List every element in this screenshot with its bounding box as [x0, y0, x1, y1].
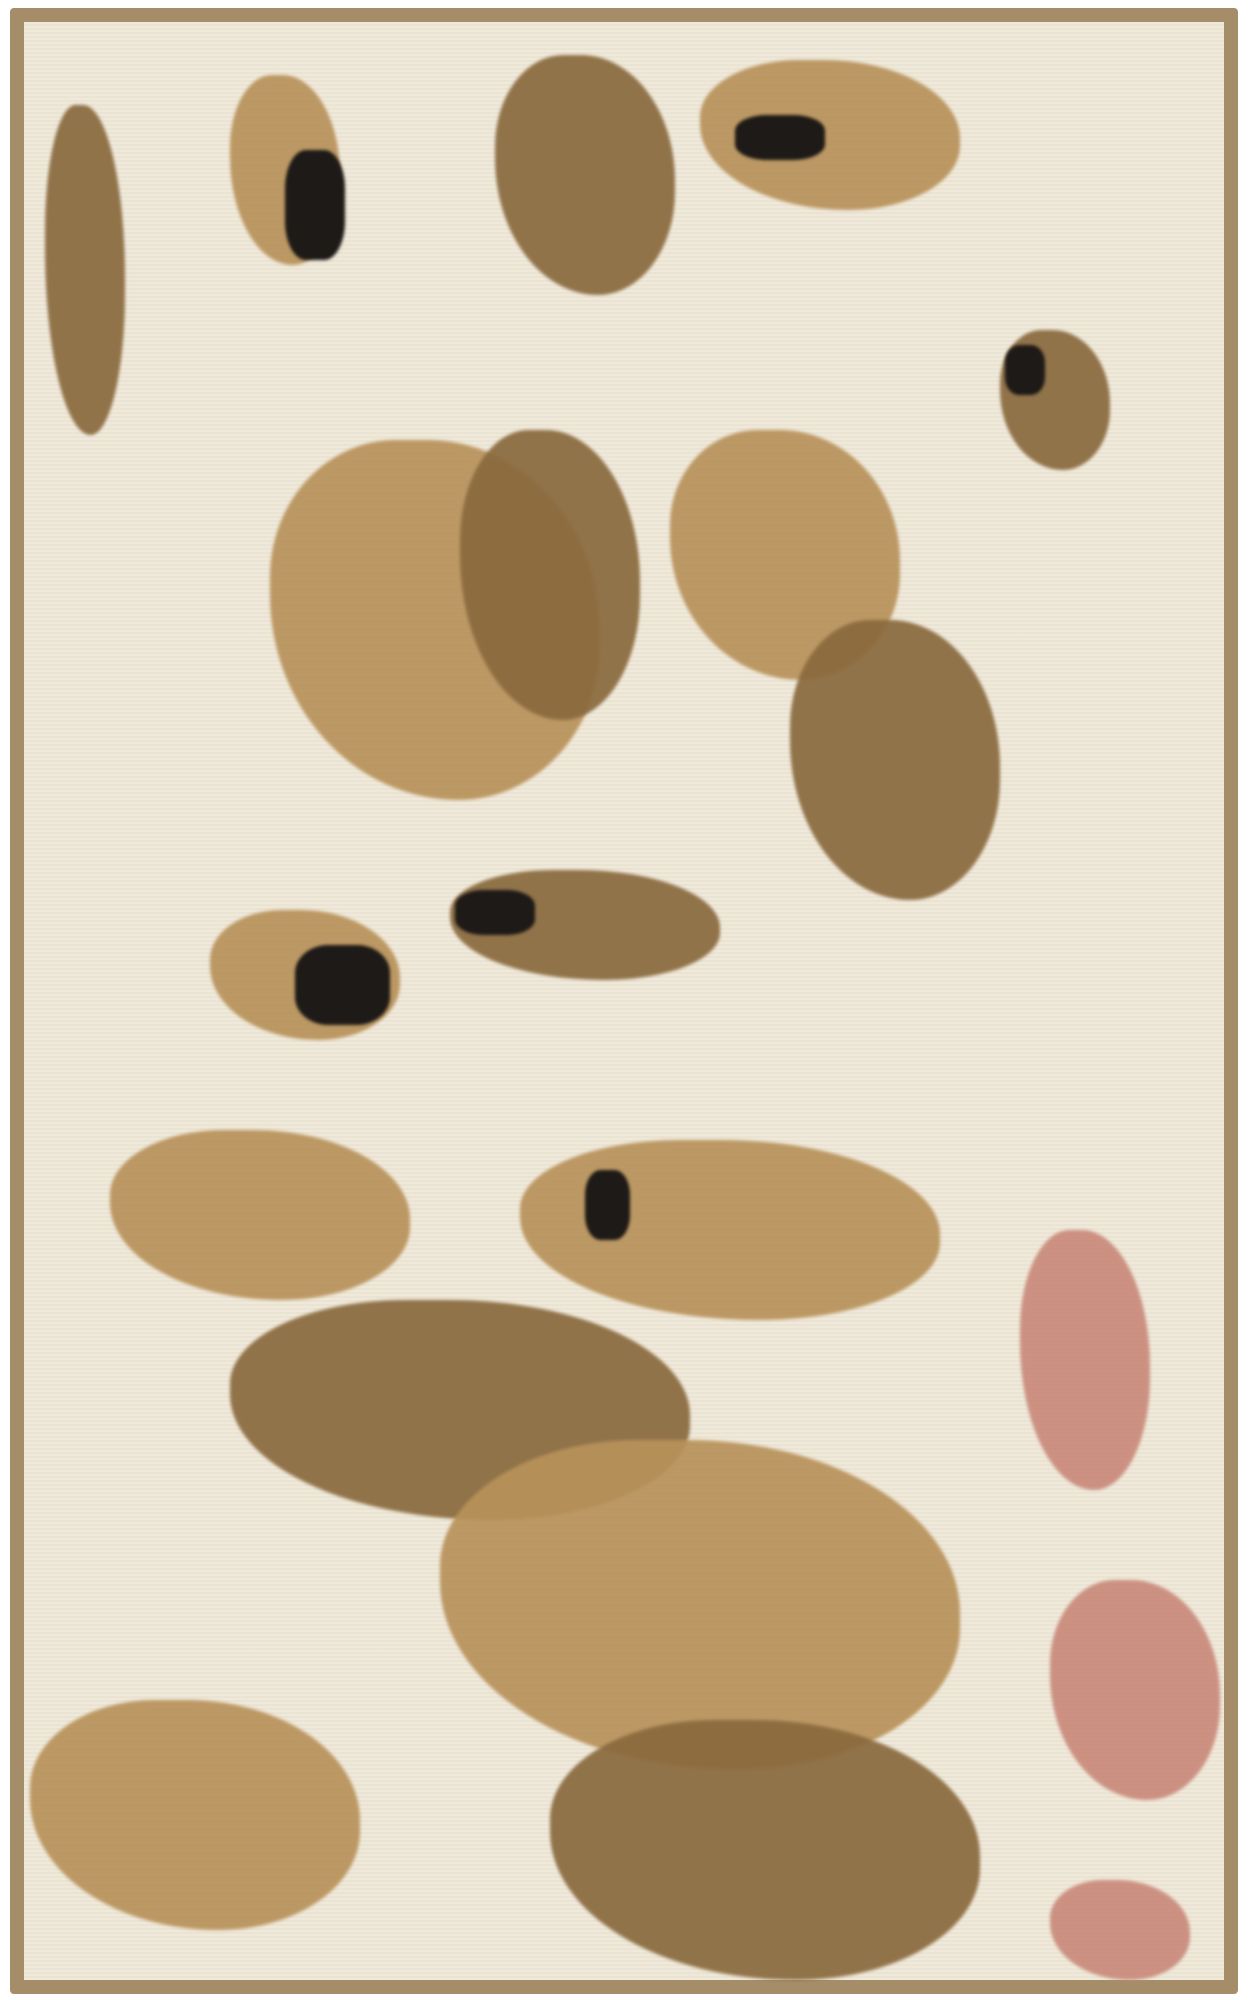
dark-motif-mark — [285, 150, 345, 260]
worn-motif-patch — [30, 1700, 360, 1930]
dark-motif-mark — [735, 115, 825, 160]
worn-motif-patch — [790, 620, 1000, 900]
worn-motif-patch — [45, 105, 125, 435]
rug-field — [24, 22, 1224, 1980]
worn-motif-patch — [1050, 1580, 1220, 1800]
worn-motif-patch — [1020, 1230, 1150, 1490]
rug-photo — [10, 8, 1238, 1994]
worn-motif-patch — [495, 55, 675, 295]
dark-motif-mark — [455, 890, 535, 935]
worn-motif-patch — [520, 1140, 940, 1320]
dark-motif-mark — [585, 1170, 630, 1240]
worn-motif-patch — [1050, 1880, 1190, 1980]
worn-motif-patch — [550, 1720, 980, 1980]
dark-motif-mark — [295, 945, 390, 1025]
worn-motif-patch — [110, 1130, 410, 1300]
dark-motif-mark — [1005, 345, 1045, 395]
